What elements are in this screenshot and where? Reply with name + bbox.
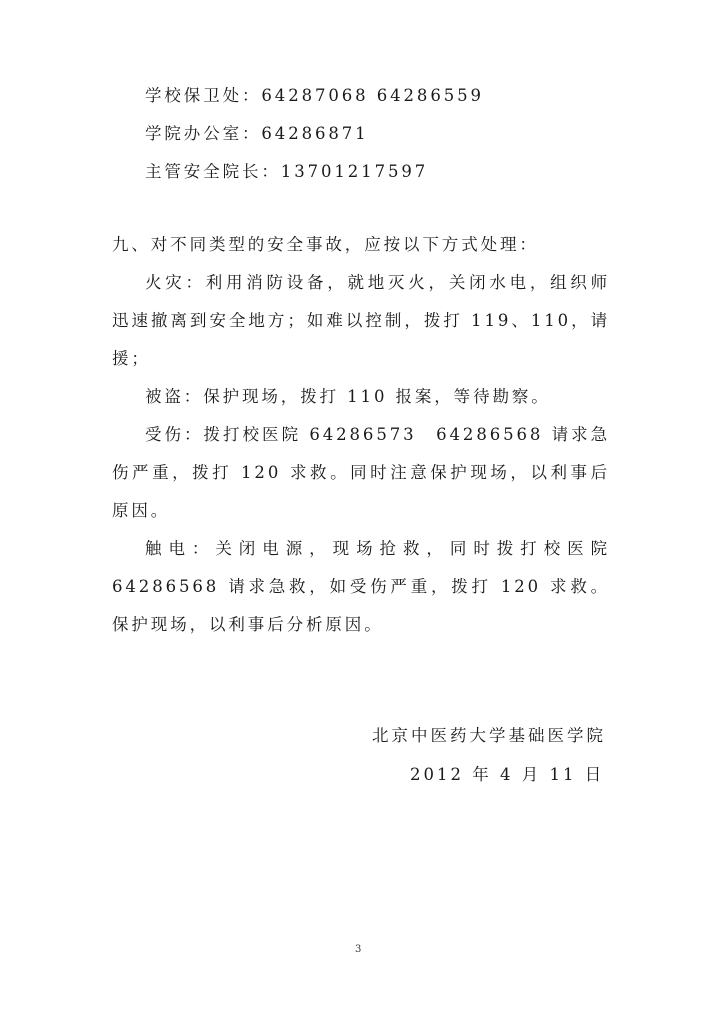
theft-paragraph: 被盗：保护现场，拨打 110 报案，等待勘察。: [145, 387, 610, 407]
section-heading: 九、对不同类型的安全事故，应按以下方式处理：: [112, 235, 610, 255]
electric-shock-paragraph-line-2: 64286568 请求急救，如受伤严重，拨打 120 求救。同时注意: [112, 577, 610, 597]
contact-safety-dean: 主管安全院长：13701217597: [145, 162, 610, 182]
injury-paragraph-line-2: 伤严重，拨打 120 求救。同时注意保护现场，以利事后分析: [112, 463, 610, 483]
fire-paragraph-line-2: 迅速撤离到安全地方；如难以控制，拨打 119、110，请求救: [112, 311, 610, 331]
electric-shock-paragraph-line-1: 触电：关闭电源，现场抢救，同时拨打校医院 64286573: [145, 539, 610, 559]
contact-security-office: 学校保卫处：64287068 64286559: [145, 86, 610, 106]
electric-shock-paragraph-line-3: 保护现场，以利事后分析原因。: [112, 615, 610, 635]
contact-college-office: 学院办公室：64286871: [145, 124, 610, 144]
fire-paragraph-line-1: 火灾：利用消防设备，就地灭火，关闭水电，组织师生: [145, 273, 610, 293]
signature-date: 2012 年 4 月 11 日: [410, 765, 604, 785]
injury-paragraph-line-3: 原因。: [112, 501, 610, 521]
injury-paragraph-line-1: 受伤：拨打校医院 64286573 64286568 请求急救，如受: [145, 425, 610, 445]
document-page: 学校保卫处：64287068 64286559 学院办公室：64286871 主…: [0, 0, 720, 1018]
fire-paragraph-line-3: 援；: [112, 349, 610, 369]
page-number: 3: [355, 944, 361, 955]
signature-organization: 北京中医药大学基础医学院: [372, 726, 606, 746]
